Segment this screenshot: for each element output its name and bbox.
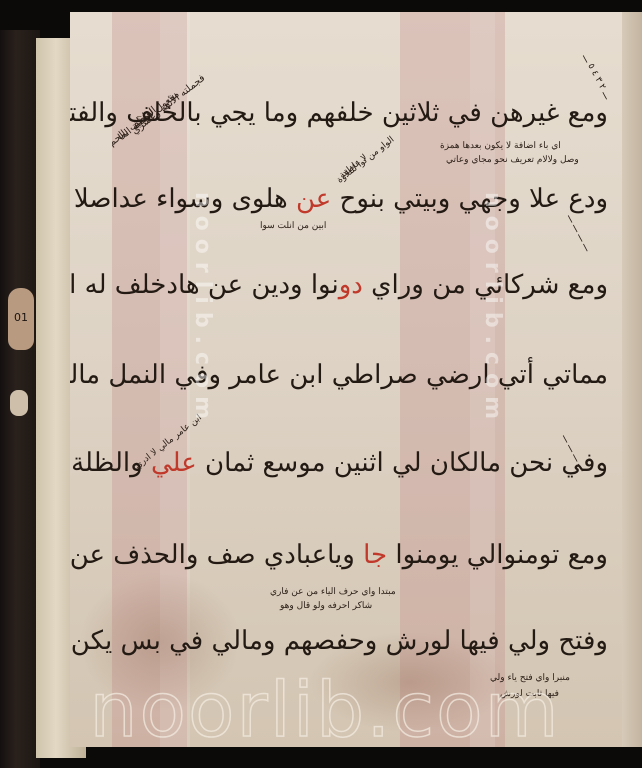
main-text-line-7: وفتح ولي فيها لورش وحفصهم ومالي في بس يك… [128,626,608,656]
text-segment: ومع تومنوالي يومنوا [387,540,608,570]
interlinear-note: ابين من انلت سوا [260,220,326,233]
watermark-vertical-right: noorlib.com [480,192,505,427]
text-segment: وياعبادي صف والحذف عن شاكر دلا [70,540,363,570]
margin-note: ـــ ـــ ـــ ـــ [564,212,594,254]
text-segment: ودع علا وجهي وبيتي بنوح [331,184,608,214]
manuscript-page: 55 ومع غيرهن في ثلاثين خلفهم وما يجي بال… [70,12,642,747]
text-segment: وفي نحن مالكان لي اثنين موسع ثمان [197,448,608,478]
margin-note: ـــ ٢ ٣ ٤ ٥ ـــ [579,52,614,102]
rubric-word: جا [363,540,387,570]
text-segment: وفتح ولي فيها لورش وحفصهم ومالي في بس يك… [70,626,608,656]
interlinear-note: مبتدا واي حرف الياء من عن فاري [270,586,396,599]
main-text-line-5: وفي نحن مالكان لي اثنين موسع ثمان علي وا… [128,448,608,478]
interlinear-note: وصل ولالام تعريف نحو مجاي وعاتي [446,154,579,167]
interlinear-note: شاكر احرفه ولو قال وهو [280,600,372,613]
text-segment: مماتي أتي ارضي صراطي ابن عامر وفي النمل … [70,360,608,390]
text-segment: هلوى وسواء عداصلا ليحفلا [70,184,296,214]
main-text-line-6: ومع تومنوالي يومنوا جا وياعبادي صف والحذ… [128,540,608,570]
page-right-edge [622,12,642,747]
spine-label: 01 [8,288,34,350]
rubric-word: عن [296,184,331,214]
spine-wear-patch [10,390,28,416]
watermark-vertical-left: noorlib.com [190,192,215,427]
watermark-text: noorlib.com [10,665,640,754]
book-spine: 01 [0,30,40,768]
main-text-line-1: ومع غيرهن في ثلاثين خلفهم وما يجي بالخلف… [128,98,608,128]
rubric-word: دو [339,270,363,300]
interlinear-note: اي باء اضافة لا يكون بعدها همزة [440,140,561,153]
